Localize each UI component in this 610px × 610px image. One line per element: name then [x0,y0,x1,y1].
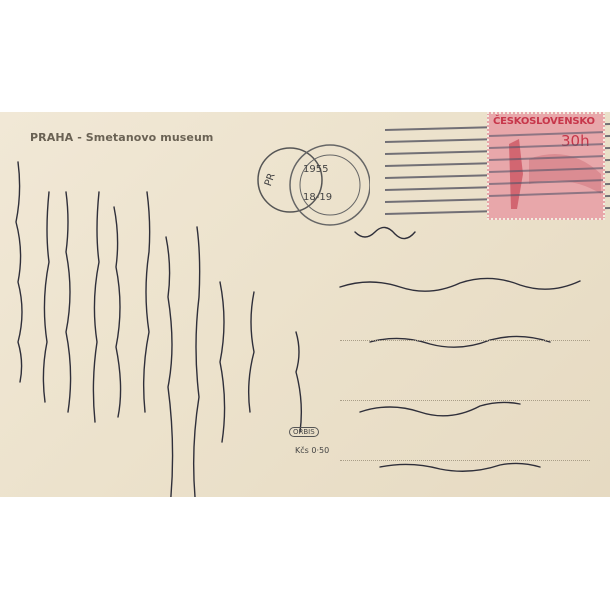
handwritten-message [0,112,610,497]
publisher-logo: ORBIS [289,427,319,437]
address-line [340,460,590,461]
address-line [340,340,590,341]
address-line [340,400,590,401]
price-label: Kčs 0·50 [295,446,329,455]
